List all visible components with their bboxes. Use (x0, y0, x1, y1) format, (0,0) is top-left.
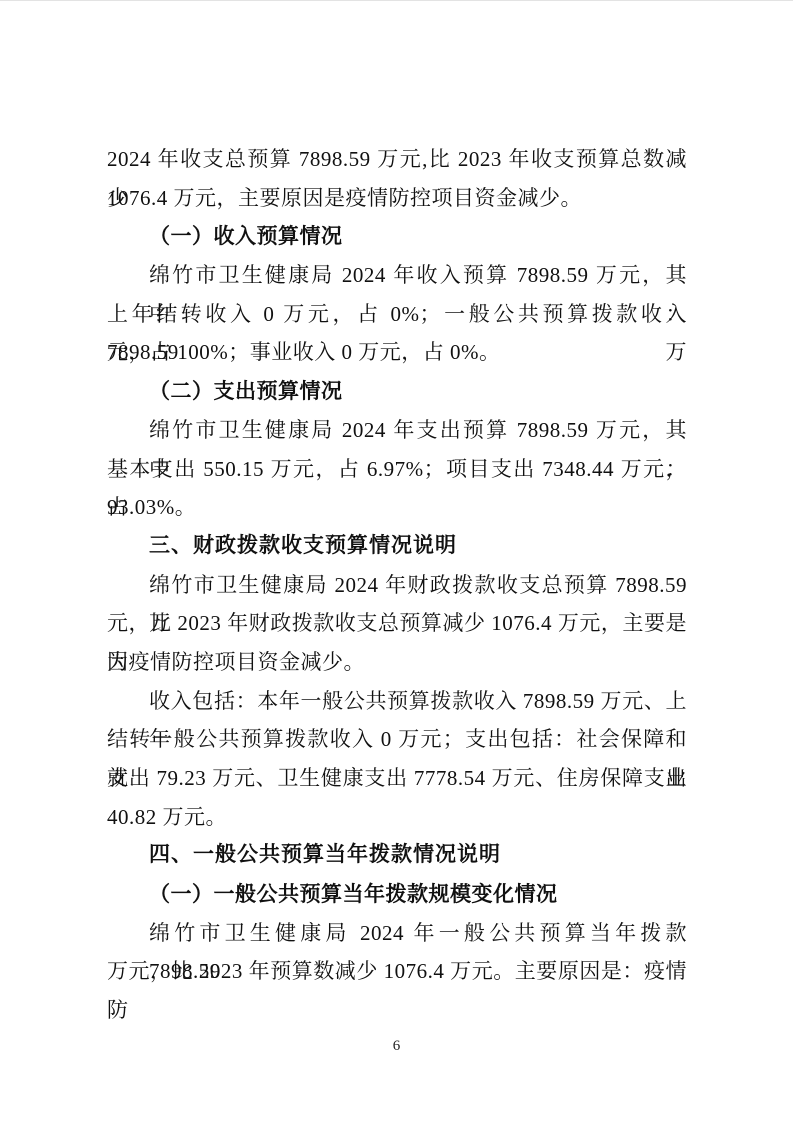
heading-line: （二）支出预算情况 (107, 372, 687, 411)
text-line: 93.03%。 (107, 488, 687, 527)
text-line: 支出 79.23 万元、卫生健康支出 7778.54 万元、住房保障支出 (107, 759, 687, 798)
text-line: 结转一般公共预算拨款收入 0 万元；支出包括：社会保障和就业 (107, 720, 687, 759)
heading-line: 三、财政拨款收支预算情况说明 (107, 527, 687, 566)
text-line: 上年结转收入 0 万元，占 0%；一般公共预算拨款收入 7898.59 万 (107, 295, 687, 334)
text-line: 万元，比 2023 年预算数减少 1076.4 万元。主要原因是：疫情防 (107, 952, 687, 991)
text-line: 收入包括：本年一般公共预算拨款收入 7898.59 万元、上年 (107, 682, 687, 721)
text-line: 基本支出 550.15 万元，占 6.97%；项目支出 7348.44 万元，占 (107, 450, 687, 489)
heading-line: （一）收入预算情况 (107, 217, 687, 256)
document-page: 2024 年收支总预算 7898.59 万元,比 2023 年收支预算总数减少1… (0, 0, 793, 1122)
document-content: 2024 年收支总预算 7898.59 万元,比 2023 年收支预算总数减少1… (107, 140, 687, 991)
page-top-edge (0, 0, 793, 1)
text-line: 1076.4 万元，主要原因是疫情防控项目资金减少。 (107, 179, 687, 218)
heading-line: （一）一般公共预算当年拨款规模变化情况 (107, 875, 687, 914)
text-line: 40.82 万元。 (107, 798, 687, 837)
text-line: 绵竹市卫生健康局 2024 年收入预算 7898.59 万元，其中： (107, 256, 687, 295)
text-line: 为疫情防控项目资金减少。 (107, 643, 687, 682)
text-line: 绵竹市卫生健康局 2024 年一般公共预算当年拨款 7898.59 (107, 914, 687, 953)
page-number: 6 (0, 1036, 793, 1056)
text-line: 绵竹市卫生健康局 2024 年财政拨款收支总预算 7898.59 万 (107, 566, 687, 605)
text-line: 2024 年收支总预算 7898.59 万元,比 2023 年收支预算总数减少 (107, 140, 687, 179)
text-line: 绵竹市卫生健康局 2024 年支出预算 7898.59 万元，其中： (107, 411, 687, 450)
text-line: 元，比 2023 年财政拨款收支总预算减少 1076.4 万元，主要是因 (107, 604, 687, 643)
heading-line: 四、一般公共预算当年拨款情况说明 (107, 836, 687, 875)
